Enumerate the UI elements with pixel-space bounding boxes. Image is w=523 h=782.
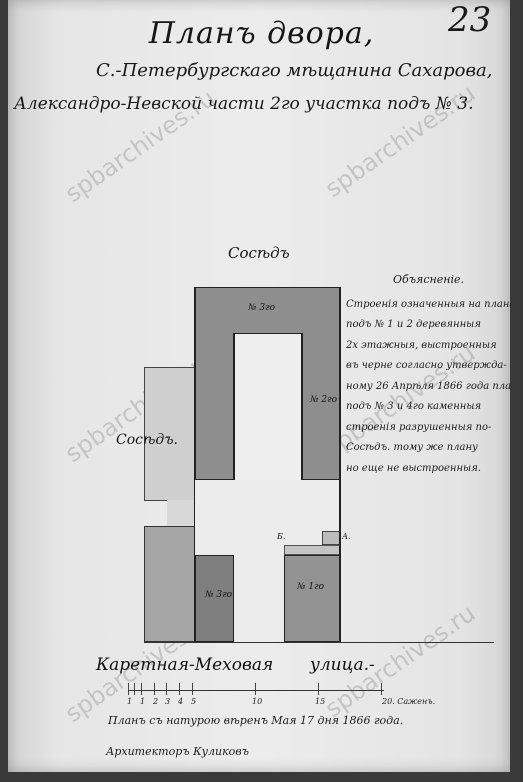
building-n3-bottom-label: № 3го bbox=[205, 590, 232, 600]
point-b-label: Б. bbox=[277, 532, 285, 541]
top-neighbour-label: Сосѣдъ bbox=[228, 244, 290, 262]
scale-tick bbox=[192, 683, 193, 695]
building-n2-label: № 2го bbox=[310, 395, 337, 405]
verification-note: Планъ съ натурою вѣренъ Мая 17 дня 1866 … bbox=[108, 714, 403, 727]
architect-signature: Архитекторъ Куликовъ bbox=[106, 745, 249, 758]
scale-label: 20. Саженъ. bbox=[382, 697, 435, 706]
scale-tick bbox=[141, 683, 142, 695]
scale-tick bbox=[318, 683, 319, 695]
owner-line: С.-Петербургскаго мѣщанина Сахарова, bbox=[96, 60, 492, 81]
scale-label: 15 bbox=[315, 697, 325, 706]
building-n2 bbox=[302, 333, 340, 480]
street-name-suffix: улица.- bbox=[310, 655, 375, 675]
entrance-box bbox=[322, 531, 340, 545]
point-a-label: А. bbox=[342, 532, 351, 541]
scale-tick bbox=[134, 683, 135, 695]
building-left-wing bbox=[195, 333, 234, 480]
porch bbox=[284, 545, 340, 555]
scale-label: 1 bbox=[140, 697, 145, 706]
scale-tick bbox=[154, 683, 155, 695]
explanation-line: Строенія означенныя на плана bbox=[346, 295, 511, 316]
street-line bbox=[144, 642, 494, 643]
scale-label: 2 bbox=[153, 697, 158, 706]
explanation-line: строенія разрушенныя по- bbox=[346, 418, 511, 439]
explanation-line: подъ № 1 и 2 деревянныя bbox=[346, 315, 511, 336]
explanation-line: но еще не выстроенныя. bbox=[346, 459, 511, 480]
scale-label: 1 bbox=[127, 697, 132, 706]
explanation-line: подъ № 3 и 4го каменныя bbox=[346, 397, 511, 418]
scale-label: 10 bbox=[252, 697, 262, 706]
explanation-heading: Объясненіе. bbox=[346, 270, 511, 291]
scale-tick bbox=[166, 683, 167, 695]
explanation-line: въ черне согласно утвержда- bbox=[346, 356, 511, 377]
explanation-line: ному 26 Апрѣля 1866 года плану bbox=[346, 377, 511, 398]
scale-tick bbox=[128, 683, 129, 695]
explanation-block: Объясненіе. Строенія означенныя на плана… bbox=[346, 270, 511, 479]
scale-label: 4 bbox=[178, 697, 183, 706]
building-n3-top-label: № 3го bbox=[248, 303, 275, 313]
scale-tick bbox=[255, 683, 256, 695]
inner-court bbox=[234, 334, 302, 480]
scale-label: 3 bbox=[165, 697, 170, 706]
building-n1-label: № 1го bbox=[297, 582, 324, 592]
district-line: Александро-Невской части 2го участка под… bbox=[14, 94, 474, 114]
street-name: Каретная-Меховая bbox=[96, 655, 273, 675]
scale-label: 5 bbox=[191, 697, 196, 706]
explanation-line: 2х этажныя, выстроенныя bbox=[346, 336, 511, 357]
scale-tick bbox=[179, 683, 180, 695]
property-boundary-left bbox=[194, 287, 195, 643]
scale-tick bbox=[381, 683, 382, 695]
property-boundary-right bbox=[339, 287, 341, 643]
explanation-line: Сосѣдъ. тому же плану bbox=[346, 438, 511, 459]
building-n1 bbox=[284, 555, 340, 642]
left-neighbour-lower-block bbox=[144, 526, 195, 642]
left-neighbour-small-block bbox=[167, 500, 195, 526]
left-neighbour-label: Сосѣдъ. bbox=[116, 432, 178, 448]
document-title: Планъ двора, bbox=[0, 16, 523, 51]
